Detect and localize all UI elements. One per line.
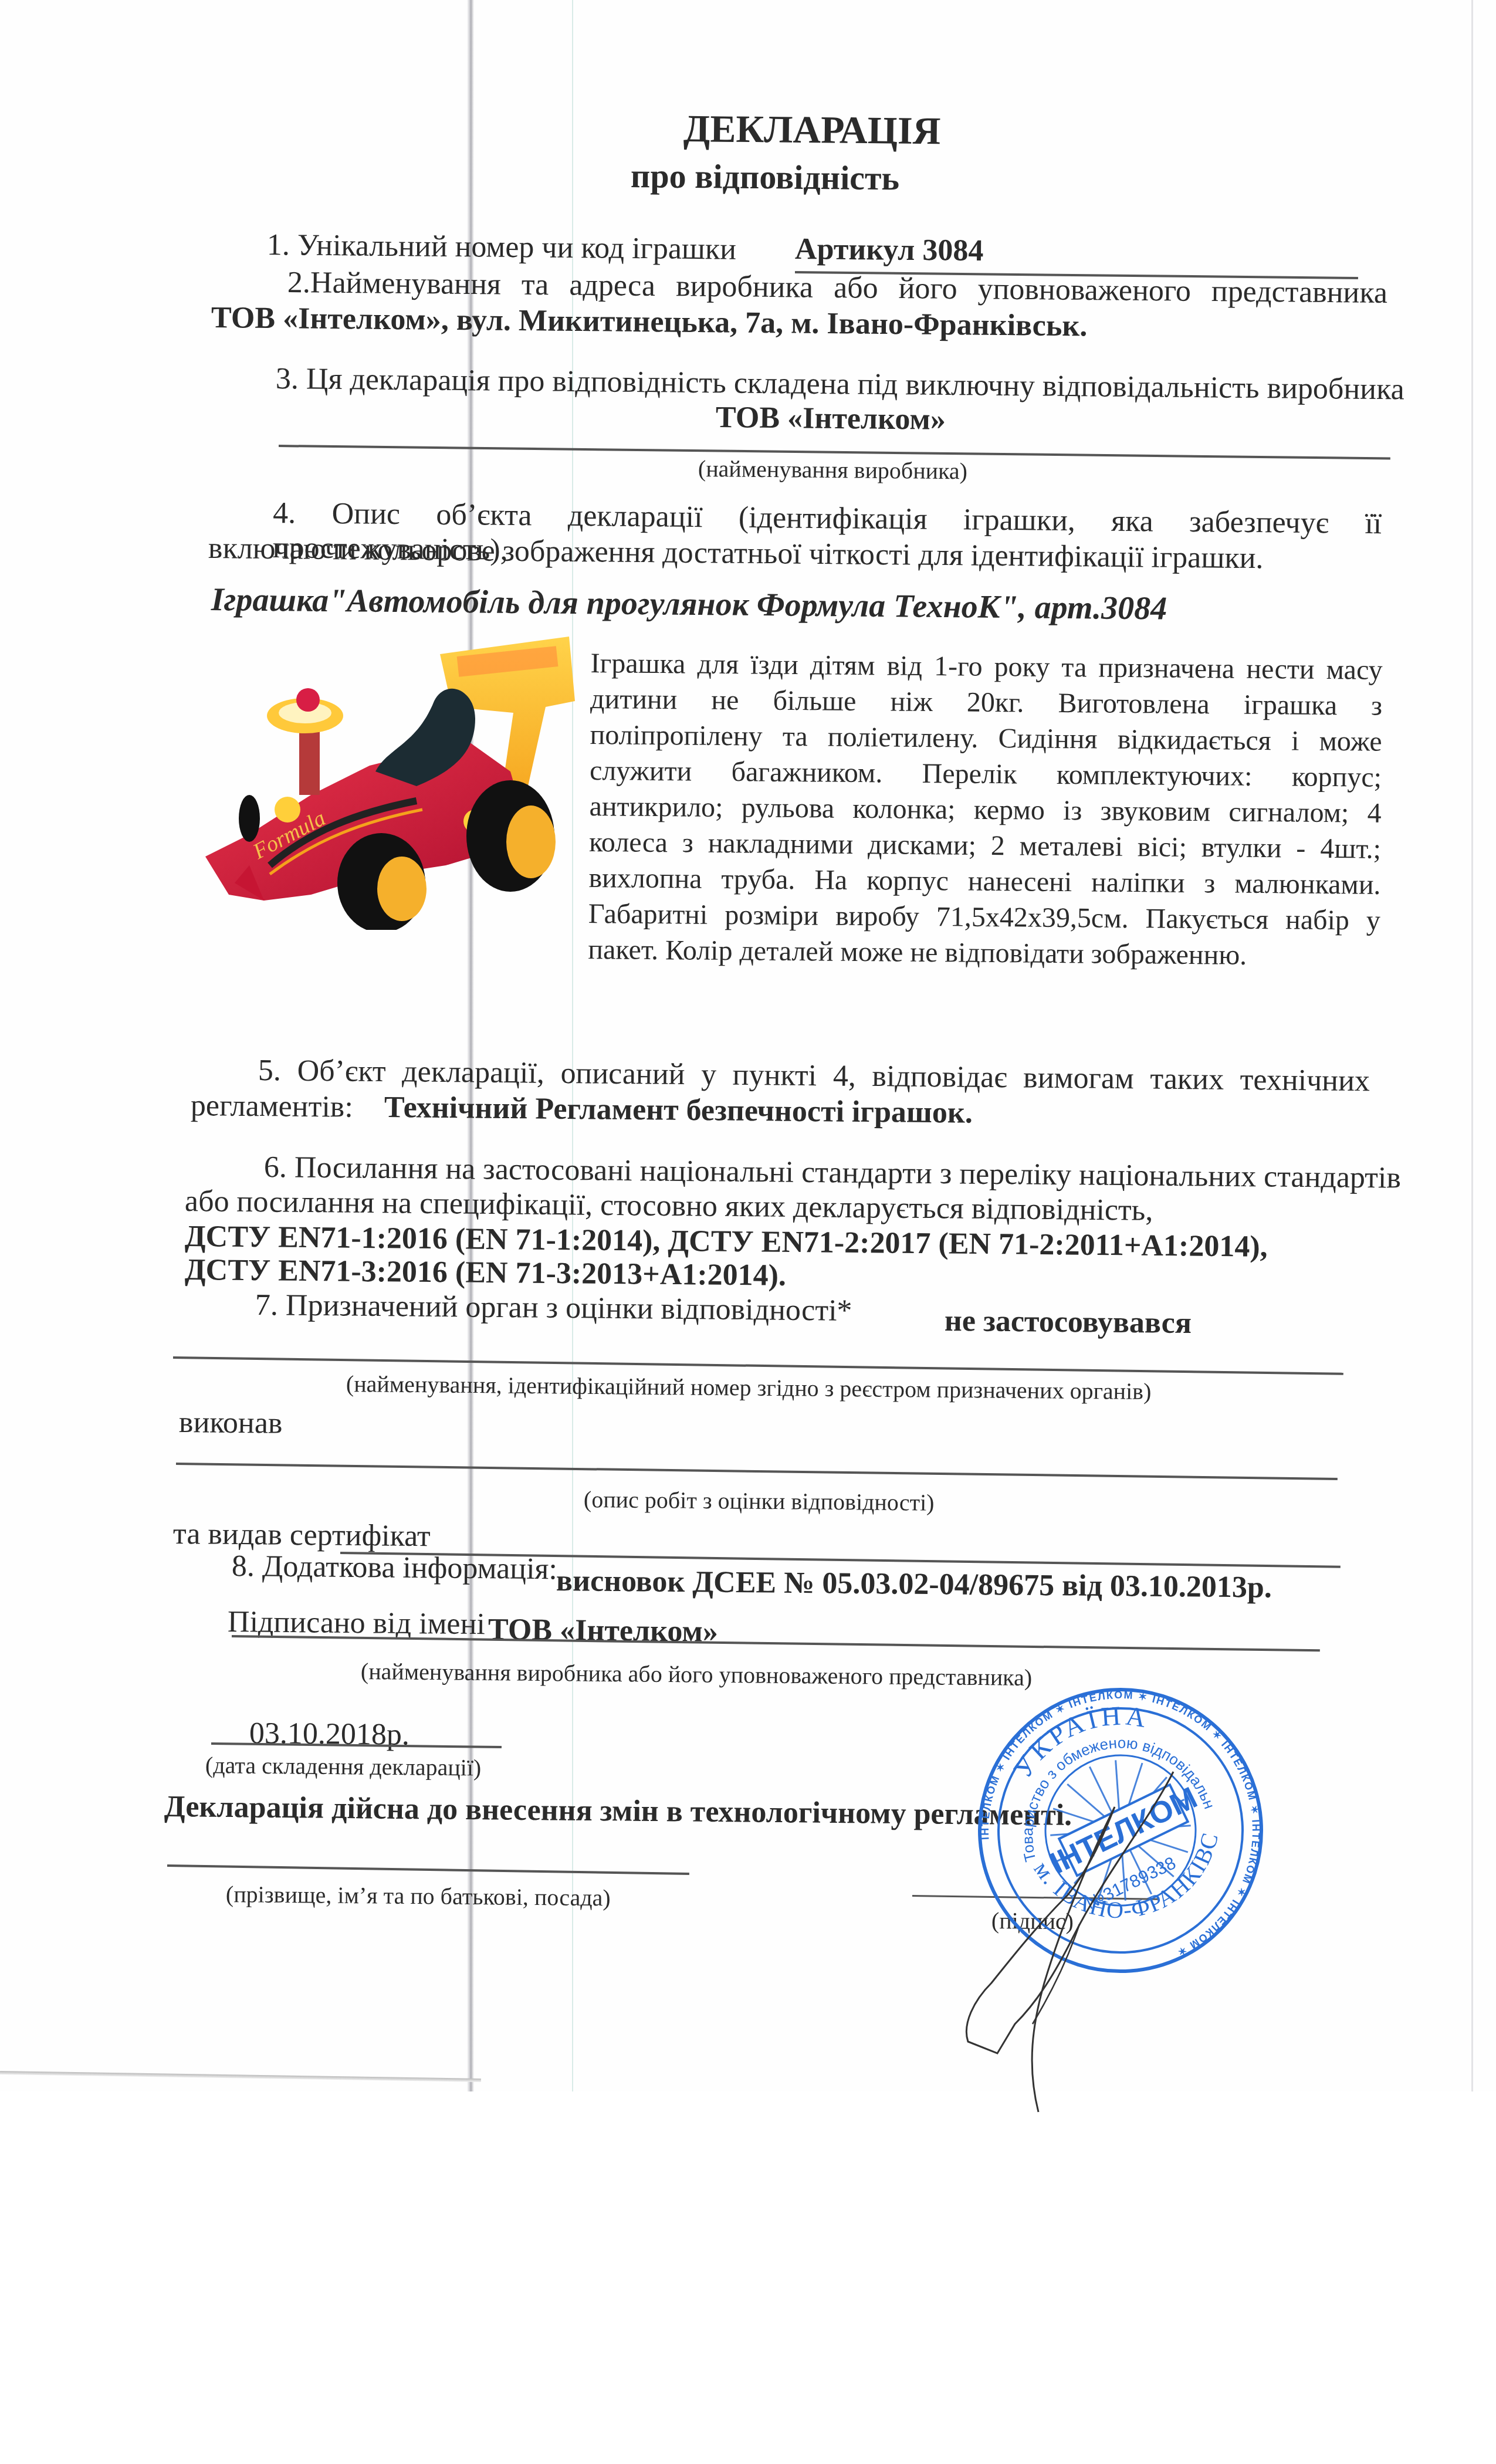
handwritten-signature bbox=[927, 1748, 1232, 2124]
description-line: пакет. Колір деталей може не відповідати… bbox=[588, 932, 1380, 974]
item7-performed: виконав bbox=[179, 1405, 283, 1441]
item1-label: 1. Унікальний номер чи код іграшки bbox=[267, 228, 737, 267]
scan-right-edge bbox=[1471, 0, 1473, 2091]
product-description: Іграшка для їзди дітям від 1-го року та … bbox=[588, 645, 1383, 974]
document-title: ДЕКЛАРАЦІЯ bbox=[683, 107, 941, 154]
document-subtitle: про відповідність bbox=[631, 156, 900, 198]
item7-value: не застосовувався bbox=[945, 1304, 1192, 1341]
item1-value: Артикул 3084 bbox=[795, 232, 984, 268]
item3-caption: (найменування виробника) bbox=[698, 455, 967, 485]
item7-caption2: (опис робіт з оцінки відповідності) bbox=[584, 1485, 935, 1517]
item8-label: 8. Додаткова інформація: bbox=[232, 1549, 557, 1586]
product-image: Formula bbox=[194, 619, 593, 930]
item7-certificate: та видав сертифікат bbox=[173, 1517, 431, 1553]
date-caption: (дата складення декларації) bbox=[205, 1751, 482, 1782]
item3-value: ТОВ «Інтелком» bbox=[716, 400, 946, 437]
item7-label: 7. Призначений орган з оцінки відповідно… bbox=[255, 1288, 852, 1328]
item5-line2-prefix: регламентів: bbox=[191, 1088, 353, 1125]
item5-line2-value: Технічний Регламент безпечності іграшок. bbox=[384, 1090, 973, 1131]
person-caption: (прізвище, ім’я та по батькові, посада) bbox=[226, 1880, 611, 1911]
signed-company: ТОВ «Інтелком» bbox=[488, 1612, 718, 1649]
item8-value: висновок ДСЕЕ № 05.03.02-04/89675 від 03… bbox=[556, 1563, 1272, 1605]
standards-line2: ДСТУ EN71-3:2016 (EN 71-3:2013+A1:2014). bbox=[185, 1253, 787, 1293]
